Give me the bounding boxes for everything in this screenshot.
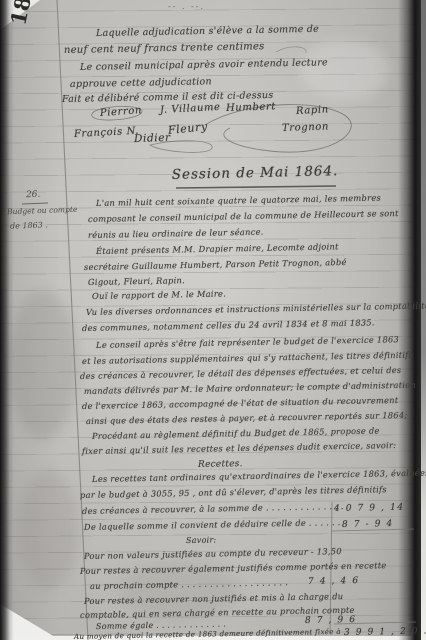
manuscript-line: Recettes.: [198, 459, 243, 470]
manuscript-line: Gigout, Fleuri, Rapin.: [88, 275, 185, 287]
margin-item-number: 26.: [26, 190, 41, 200]
margin-note-line2: de 1863 .: [10, 220, 48, 230]
page-curl-edge: [421, 0, 426, 640]
paper-stain: [8, 290, 78, 440]
amount-value: 3 9 9 1 , 2 0 .: [344, 626, 426, 638]
paper-stain: [18, 470, 78, 590]
manuscript-page: 18 -- . --. Session de Mai 1864. 26. Bud…: [0, 0, 426, 640]
binding-edge: [0, 0, 14, 640]
signature-name: Didier: [134, 132, 171, 145]
signature-name: Humbert: [226, 101, 276, 114]
amount-value: 8 7 , 9 6: [305, 615, 357, 626]
manuscript-line: Savoir:: [186, 535, 217, 545]
paper-highlight: [300, 40, 390, 100]
signature-name: Trognon: [282, 121, 329, 134]
amount-value: 7 4 , 4 6: [308, 576, 360, 587]
pencil-mark: -- . --.: [168, 2, 205, 11]
amount-value: 8 7 - 9 4: [342, 519, 394, 530]
amount-value: 4 0 7 9 , 14: [334, 503, 405, 514]
signature-name: Rapin: [296, 104, 329, 117]
